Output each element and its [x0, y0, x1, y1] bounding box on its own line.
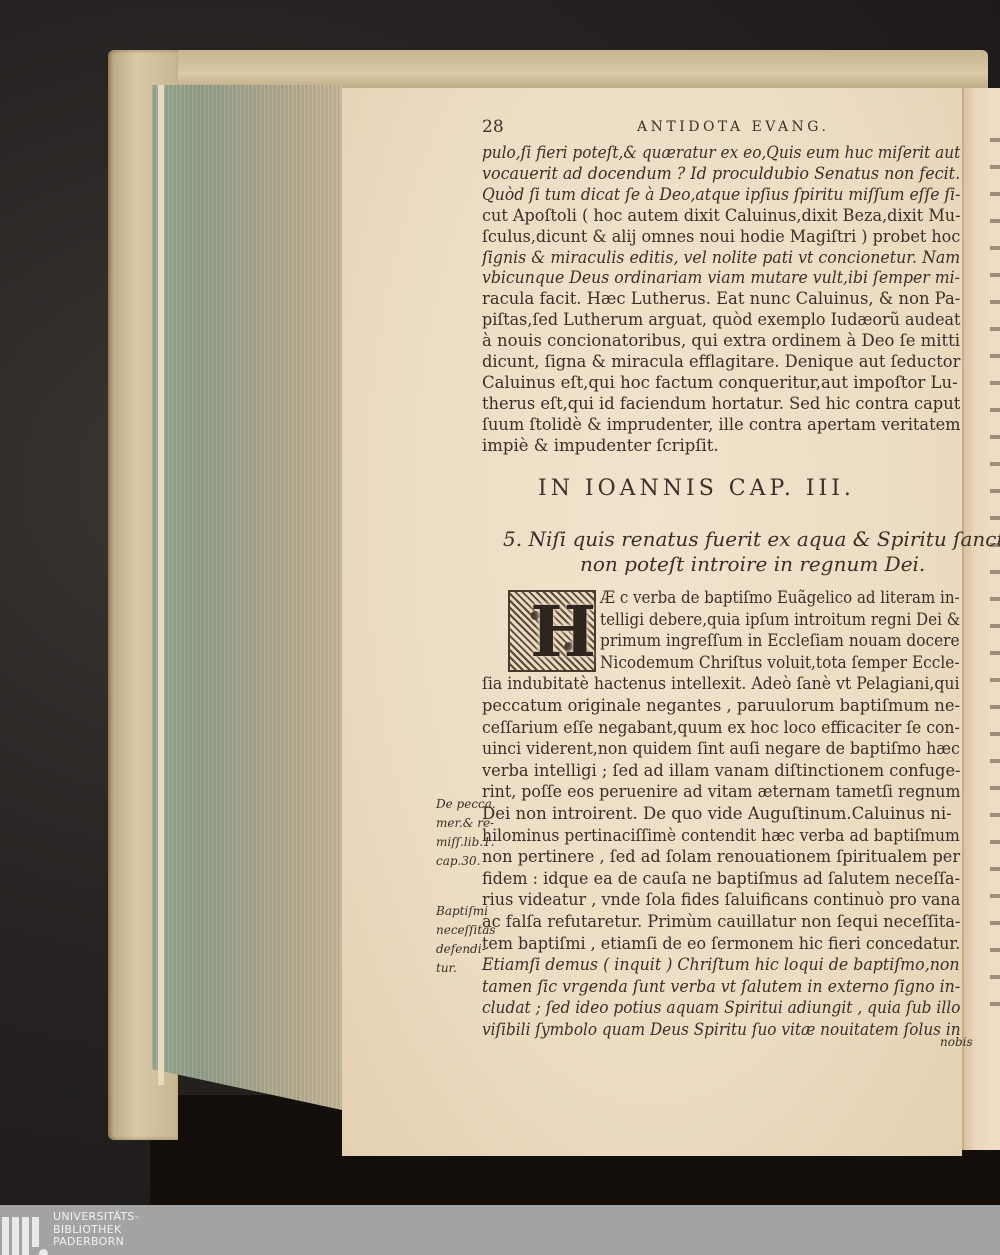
- ornamental-initial: H: [508, 590, 596, 672]
- section-heading: IN IOANNIS CAP. III.: [538, 476, 958, 501]
- text-line: non pertinere , ſed ad ſolam renouatione…: [482, 845, 960, 869]
- text-line: Etiamſi demus ( inquit ) Chriſtum hic lo…: [482, 953, 960, 977]
- text-line: impiè & impudenter ſcripſit.: [482, 434, 719, 458]
- text-line: cludat ; ſed ideo potius aquam Spiritui …: [482, 996, 960, 1020]
- page-block-edge: [152, 85, 342, 1110]
- text-line: Æ c verba de baptiſmo Euãgelico ad liter…: [600, 586, 960, 610]
- text-line: telligi debere,quia ipſum introitum regn…: [600, 608, 960, 632]
- running-title: ANTIDOTA EVANG.: [637, 119, 829, 135]
- verse-line-1: 5. Niſi quis renatus fuerit ex aqua & Sp…: [503, 527, 973, 551]
- text-line: Dei non introirent. De quo vide Auguſtin…: [482, 802, 952, 826]
- text-line: Nicodemum Chriſtus voluit,tota ſemper Ec…: [600, 651, 960, 675]
- catchword: nobis: [940, 1030, 973, 1054]
- text-line: peccatum originale negantes , paruulorum…: [482, 694, 960, 718]
- text-line: hilominus pertinaciſſimè contendit hæc v…: [482, 824, 960, 848]
- endpaper-edge: [158, 85, 164, 1085]
- text-line: verba intelligi ; ſed ad illam vanam diſ…: [482, 759, 961, 783]
- text-line: primum ingreſſum in Eccleſiam nouam doce…: [600, 629, 960, 653]
- library-bars-icon: [0, 1217, 46, 1255]
- verse-line-2: non poteſt introire in regnum Dei.: [580, 552, 1000, 576]
- text-line: ac falſa refutaretur. Primùm cauillatur …: [482, 910, 960, 934]
- page-number: 28: [482, 117, 504, 137]
- book-cover-top-edge: [108, 50, 988, 90]
- text-line: rius videatur , vnde ſola fides ſaluific…: [482, 888, 960, 912]
- margin-note-baptism: Baptiſmi neceſſitas defendi- tur.: [436, 902, 496, 978]
- text-line: ceſſarium eſſe negabant,quum ex hoc loco…: [482, 716, 960, 740]
- library-footer-bar: UNIVERSITÄTS- BIBLIOTHEK PADERBORN: [0, 1205, 1000, 1255]
- text-line: rint, poſſe eos peruenire ad vitam ætern…: [482, 780, 961, 804]
- drop-cap-letter: H: [530, 594, 596, 670]
- text-line: ſia indubitatè hactenus intellexit. Adeò…: [482, 672, 960, 696]
- text-line: tem baptiſmi , etiamſi de eo ſermonem hi…: [482, 932, 960, 956]
- text-line: tamen ſic vrgenda ſunt verba vt ſalutem …: [482, 975, 960, 999]
- text-line: fidem : idque ea de cauſa ne baptiſmus a…: [482, 867, 960, 891]
- running-head: 28 ANTIDOTA EVANG.: [482, 117, 942, 139]
- margin-note-augustine: De pecca. mer.& re- miſſ.lib.1. cap.30.: [436, 795, 496, 871]
- text-line: uinci viderent,non quidem ſint auſi nega…: [482, 737, 960, 761]
- library-logo-text: UNIVERSITÄTS- BIBLIOTHEK PADERBORN: [53, 1211, 139, 1249]
- text-line: viſibili ſymbolo quam Deus Spiritu ſuo v…: [482, 1018, 961, 1042]
